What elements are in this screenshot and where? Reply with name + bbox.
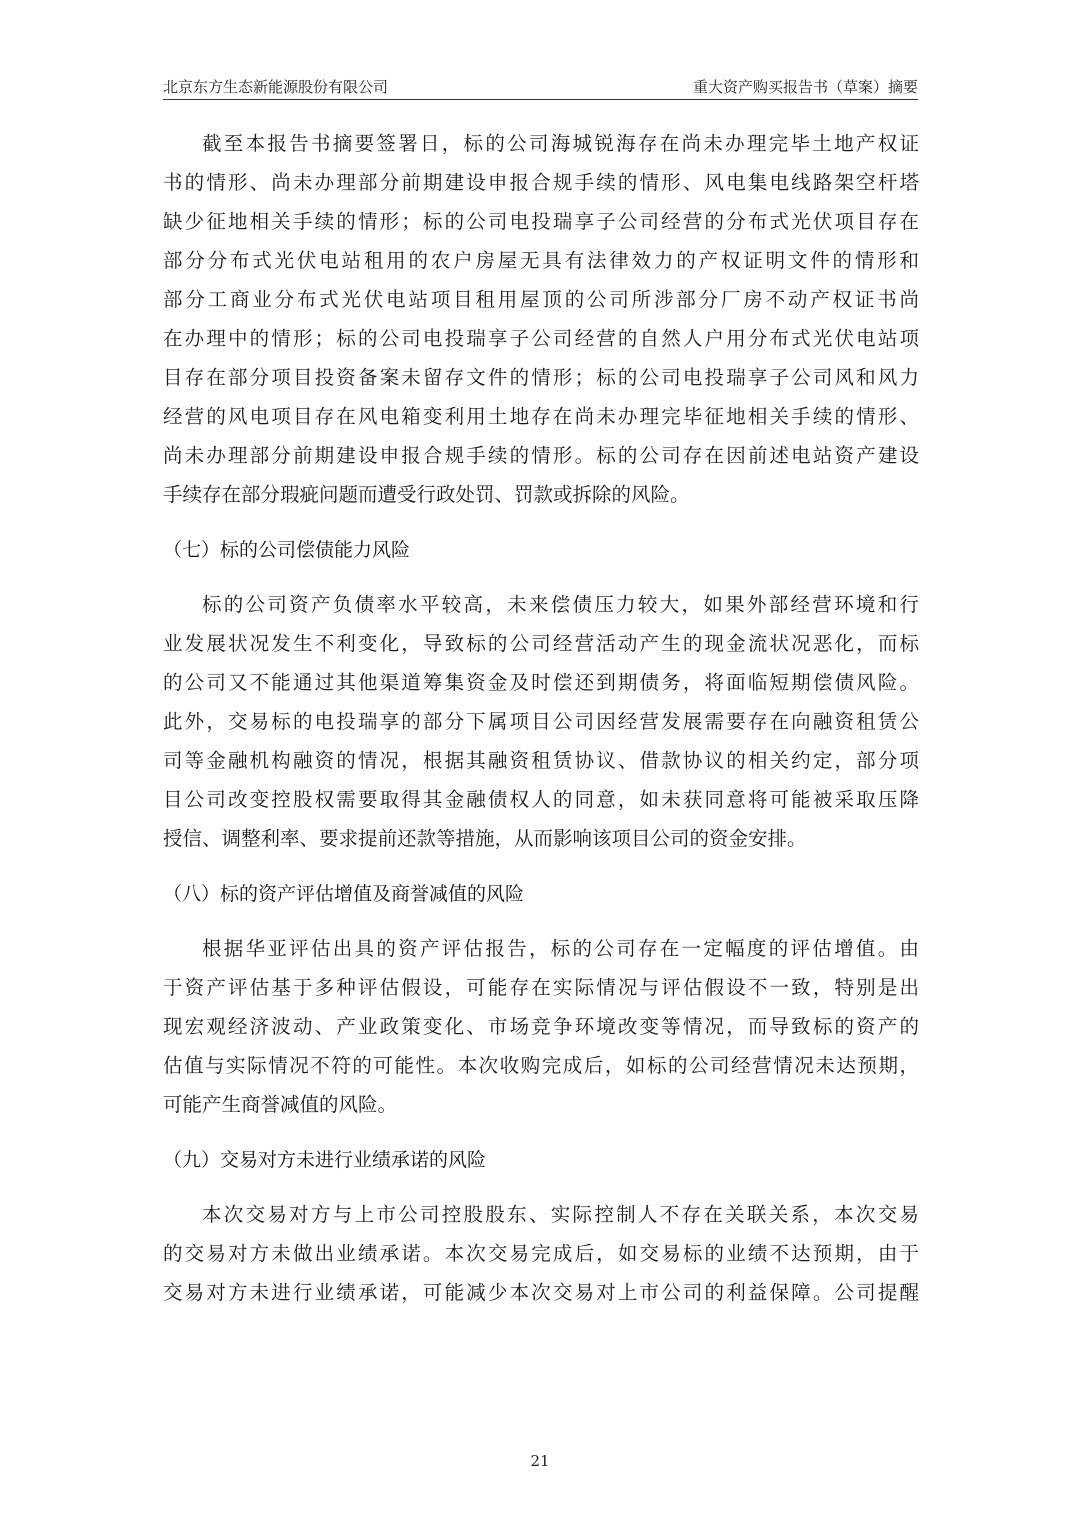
text-line: 现宏观经济波动、产业政策变化、市场竞争环境改变等情况，而导致标的资产的	[163, 1007, 919, 1046]
text-line: 尚未办理部分前期建设申报合规手续的情形。标的公司存在因前述电站资产建设	[163, 436, 919, 475]
header-company-name: 北京东方生态新能源股份有限公司	[163, 77, 388, 97]
text-line: 可能产生商誉减值的风险。	[163, 1085, 919, 1124]
text-line: 部分分布式光伏电站租用的农户房屋无具有法律效力的产权证明文件的情形和	[163, 241, 919, 280]
running-header: 北京东方生态新能源股份有限公司 重大资产购买报告书（草案）摘要	[163, 77, 918, 100]
page-body: 截至本报告书摘要签署日，标的公司海城锐海存在尚未办理完毕土地产权证 书的情形、尚…	[163, 124, 919, 1312]
text-line: 标的公司资产负债率水平较高，未来偿债压力较大，如果外部经营环境和行	[163, 585, 919, 624]
paragraph-no-performance-commitment-risk: 本次交易对方与上市公司控股股东、实际控制人不存在关联关系，本次交易 的交易对方未…	[163, 1195, 919, 1312]
text-line: 的公司又不能通过其他渠道筹集资金及时偿还到期债务，将面临短期偿债风险。	[163, 663, 919, 702]
text-line: 在办理中的情形；标的公司电投瑞享子公司经营的自然人户用分布式光伏电站项	[163, 319, 919, 358]
text-line: 目存在部分项目投资备案未留存文件的情形；标的公司电投瑞享子公司风和风力	[163, 358, 919, 397]
section-heading-debt-repayment-risk: （七）标的公司偿债能力风险	[163, 531, 919, 570]
text-line: 目公司改变控股权需要取得其金融债权人的同意，如未获同意将可能被采取压降	[163, 780, 919, 819]
text-line: 交易对方未进行业绩承诺，可能减少本次交易对上市公司的利益保障。公司提醒	[163, 1273, 919, 1312]
text-line: 根据华亚评估出具的资产评估报告，标的公司存在一定幅度的评估增值。由	[163, 929, 919, 968]
text-line: 此外，交易标的电投瑞享的部分下属项目公司因经营发展需要存在向融资租赁公	[163, 702, 919, 741]
text-line: 书的情形、尚未办理部分前期建设申报合规手续的情形、风电集电线路架空杆塔	[163, 163, 919, 202]
text-line: 估值与实际情况不符的可能性。本次收购完成后，如标的公司经营情况未达预期，	[163, 1046, 919, 1085]
header-document-title: 重大资产购买报告书（草案）摘要	[693, 77, 918, 97]
paragraph-debt-repayment-risk: 标的公司资产负债率水平较高，未来偿债压力较大，如果外部经营环境和行 业发展状况发…	[163, 585, 919, 858]
text-line: 授信、调整利率、要求提前还款等措施，从而影响该项目公司的资金安排。	[163, 819, 919, 858]
text-line: 司等金融机构融资的情况，根据其融资租赁协议、借款协议的相关约定，部分项	[163, 741, 919, 780]
section-heading-valuation-goodwill-risk: （八）标的资产评估增值及商誉减值的风险	[163, 875, 919, 914]
text-line: 手续存在部分瑕疵问题而遭受行政处罚、罚款或拆除的风险。	[163, 475, 919, 514]
paragraph-site-compliance-risk: 截至本报告书摘要签署日，标的公司海城锐海存在尚未办理完毕土地产权证 书的情形、尚…	[163, 124, 919, 514]
text-line: 于资产评估基于多种评估假设，可能存在实际情况与评估假设不一致，特别是出	[163, 968, 919, 1007]
page-number: 21	[0, 1452, 1080, 1470]
text-line: 截至本报告书摘要签署日，标的公司海城锐海存在尚未办理完毕土地产权证	[163, 124, 919, 163]
paragraph-valuation-goodwill-risk: 根据华亚评估出具的资产评估报告，标的公司存在一定幅度的评估增值。由 于资产评估基…	[163, 929, 919, 1124]
text-line: 经营的风电项目存在风电箱变利用土地存在尚未办理完毕征地相关手续的情形、	[163, 397, 919, 436]
text-line: 业发展状况发生不利变化，导致标的公司经营活动产生的现金流状况恶化，而标	[163, 624, 919, 663]
text-line: 的交易对方未做出业绩承诺。本次交易完成后，如交易标的业绩不达预期，由于	[163, 1234, 919, 1273]
text-line: 缺少征地相关手续的情形；标的公司电投瑞享子公司经营的分布式光伏项目存在	[163, 202, 919, 241]
text-line: 部分工商业分布式光伏电站项目租用屋顶的公司所涉部分厂房不动产权证书尚	[163, 280, 919, 319]
text-line: 本次交易对方与上市公司控股股东、实际控制人不存在关联关系，本次交易	[163, 1195, 919, 1234]
section-heading-no-performance-commitment-risk: （九）交易对方未进行业绩承诺的风险	[163, 1141, 919, 1180]
